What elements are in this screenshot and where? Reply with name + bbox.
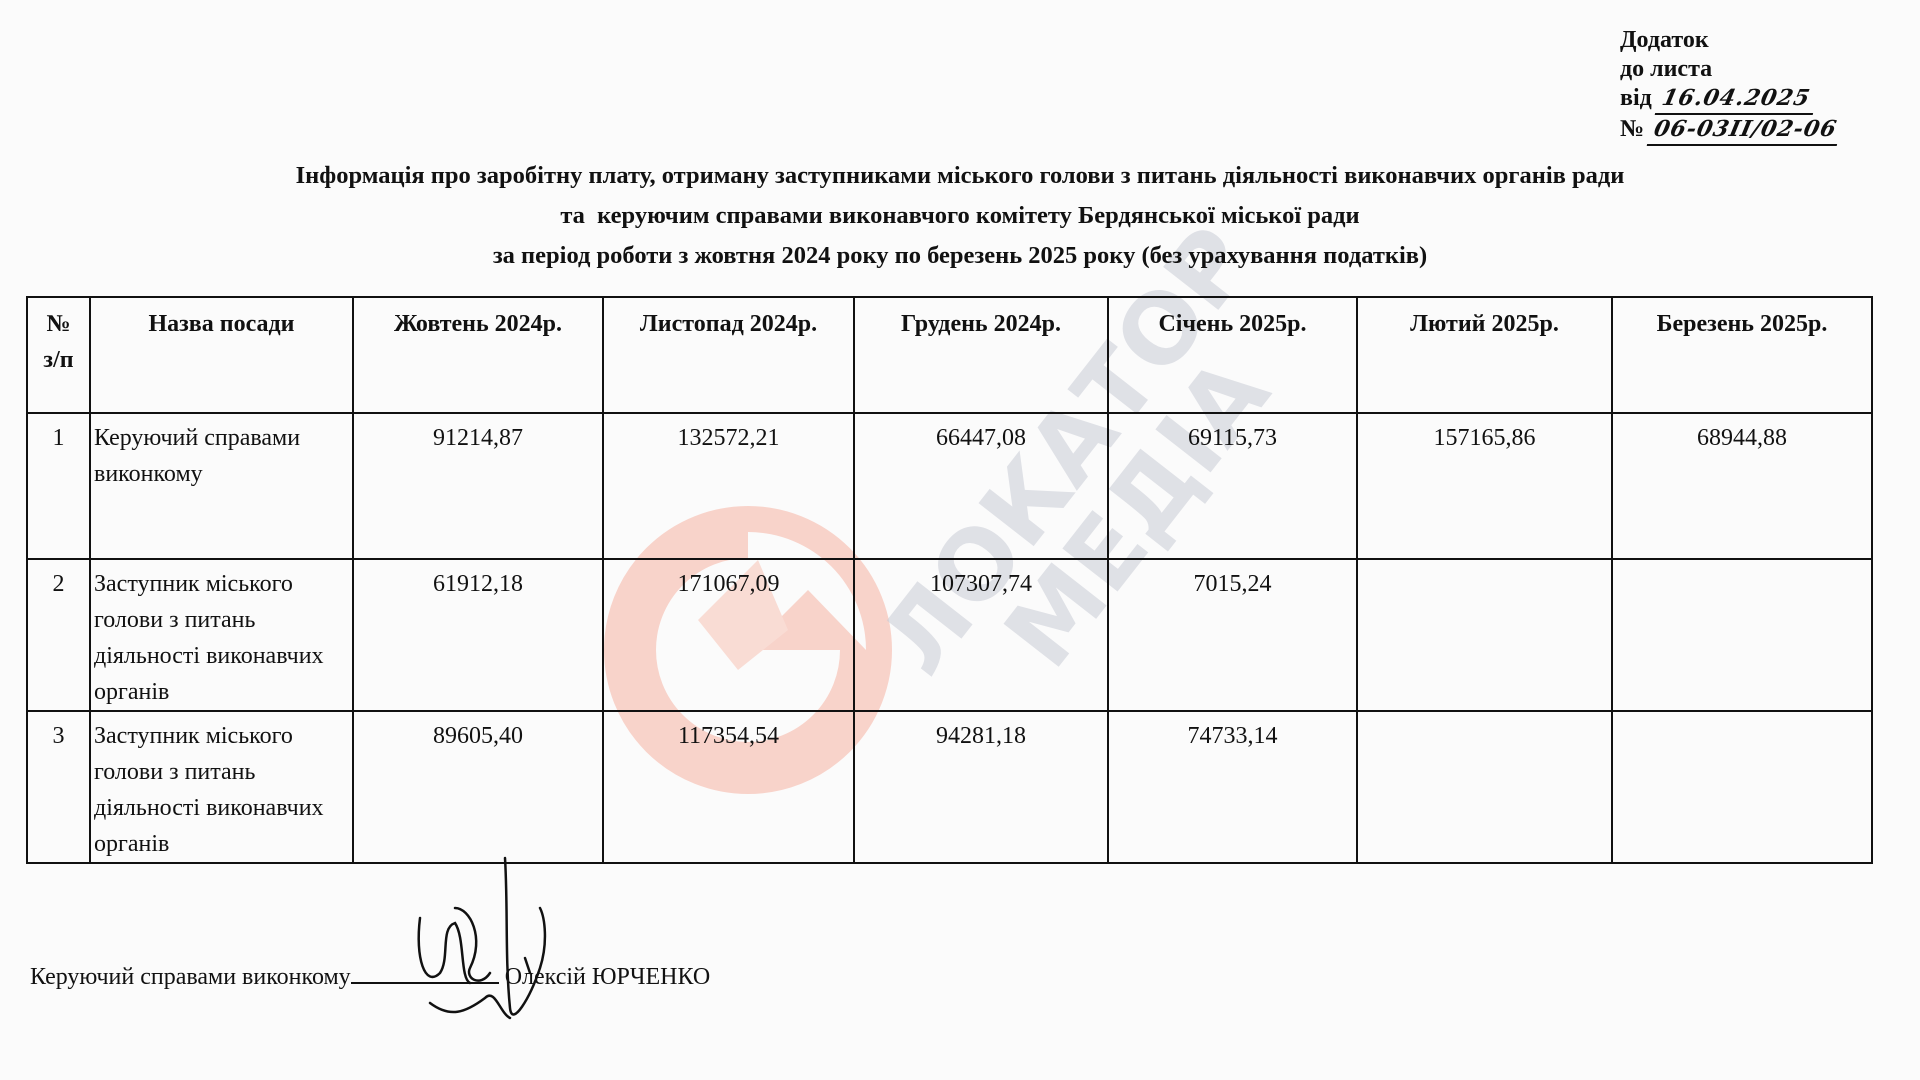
header-month: Листопад 2024р. bbox=[603, 297, 854, 413]
annex-number-row: № 06-03ІІ/02-06 bbox=[1620, 115, 1840, 146]
table-row: 3 Заступник міського голови з питань дія… bbox=[27, 711, 1872, 863]
row-value: 74733,14 bbox=[1108, 711, 1357, 863]
row-value bbox=[1612, 711, 1872, 863]
annex-title: Додаток bbox=[1620, 26, 1840, 55]
row-value: 68944,88 bbox=[1612, 413, 1872, 559]
row-value bbox=[1357, 559, 1612, 711]
row-value: 117354,54 bbox=[603, 711, 854, 863]
header-number-line2: з/п bbox=[28, 342, 89, 378]
header-month: Березень 2025р. bbox=[1612, 297, 1872, 413]
salary-table: № з/п Назва посади Жовтень 2024р. Листоп… bbox=[26, 296, 1873, 864]
row-value: 157165,86 bbox=[1357, 413, 1612, 559]
annex-date-value: 16.04.2025 bbox=[1654, 84, 1819, 115]
table-header-row: № з/п Назва посади Жовтень 2024р. Листоп… bbox=[27, 297, 1872, 413]
annex-number-label: № bbox=[1620, 116, 1644, 142]
title-line-3: за період роботи з жовтня 2024 року по б… bbox=[0, 236, 1920, 276]
row-value: 107307,74 bbox=[854, 559, 1108, 711]
row-position: Керуючий справами виконкому bbox=[90, 413, 353, 559]
annex-date-row: від 16.04.2025 bbox=[1620, 84, 1840, 115]
row-value: 89605,40 bbox=[353, 711, 603, 863]
row-index: 1 bbox=[27, 413, 90, 559]
signature-line: Керуючий справами виконкому Олексій ЮРЧЕ… bbox=[30, 962, 710, 991]
header-month: Грудень 2024р. bbox=[854, 297, 1108, 413]
row-position: Заступник міського голови з питань діяль… bbox=[90, 559, 353, 711]
row-index: 2 bbox=[27, 559, 90, 711]
row-value: 7015,24 bbox=[1108, 559, 1357, 711]
table-row: 1 Керуючий справами виконкому 91214,87 1… bbox=[27, 413, 1872, 559]
row-value: 171067,09 bbox=[603, 559, 854, 711]
row-value: 61912,18 bbox=[353, 559, 603, 711]
header-number-line1: № bbox=[28, 306, 89, 342]
header-month: Лютий 2025р. bbox=[1357, 297, 1612, 413]
header-number: № з/п bbox=[27, 297, 90, 413]
row-value: 91214,87 bbox=[353, 413, 603, 559]
title-line-1: Інформація про заробітну плату, отриману… bbox=[0, 156, 1920, 196]
annex-date-label: від bbox=[1620, 85, 1652, 111]
row-position: Заступник міського голови з питань діяль… bbox=[90, 711, 353, 863]
row-index: 3 bbox=[27, 711, 90, 863]
row-value: 69115,73 bbox=[1108, 413, 1357, 559]
row-value bbox=[1357, 711, 1612, 863]
annex-subtitle: до листа bbox=[1620, 55, 1840, 84]
signer-role: Керуючий справами виконкому bbox=[30, 964, 351, 990]
row-value: 66447,08 bbox=[854, 413, 1108, 559]
header-position: Назва посади bbox=[90, 297, 353, 413]
handwritten-signature-icon bbox=[410, 848, 580, 1038]
document-title: Інформація про заробітну плату, отриману… bbox=[0, 156, 1920, 276]
row-value: 94281,18 bbox=[854, 711, 1108, 863]
row-value: 132572,21 bbox=[603, 413, 854, 559]
annex-number-value: 06-03ІІ/02-06 bbox=[1647, 115, 1844, 146]
row-value bbox=[1612, 559, 1872, 711]
annex-block: Додаток до листа від 16.04.2025 № 06-03І… bbox=[1620, 26, 1840, 146]
table-row: 2 Заступник міського голови з питань дія… bbox=[27, 559, 1872, 711]
header-month: Жовтень 2024р. bbox=[353, 297, 603, 413]
title-line-2: та керуючим справами виконавчого комітет… bbox=[0, 196, 1920, 236]
header-month: Січень 2025р. bbox=[1108, 297, 1357, 413]
